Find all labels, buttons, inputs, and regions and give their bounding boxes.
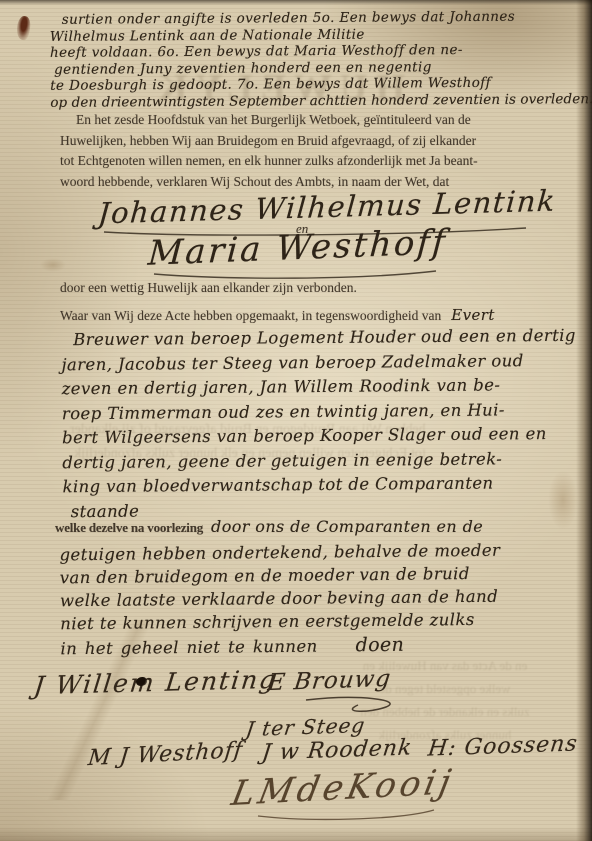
printed-line: Huwelijken, hebben Wij aan Bruidegom en … [60,133,560,154]
scanned-document-page: HUWELYK hebben Wij aan Bruidegom en Brui… [0,0,592,841]
printed-closing-lead: welke dezelve na voorlezing [55,520,203,535]
handwritten-line: in het geheel niet te kunnendoen [60,633,501,661]
handwritten-closing-start: door ons de Comparanten en de [211,517,483,536]
printed-line: En het zesde Hoofdstuk van het Burgerlij… [60,112,560,133]
handwritten-continuation-paragraph: surtien onder angifte is overleden 5o. E… [50,8,592,111]
signature-witness-brouwer: E Brouwg [266,666,392,696]
printed-witness-lead: Waar van Wij deze Acte hebben opgemaakt,… [60,308,441,323]
signature-witness-goossens: H: Goossens [427,731,580,761]
handwritten-fragment: kunnen [253,637,318,657]
printed-line: tot Echtgenoten willen nemen, en elk hun… [60,153,560,174]
handwritten-line: op den drieentwintigsten September achtt… [50,91,592,111]
printed-bond-statement: door een wettig Huwelijk aan elkander zi… [60,280,357,296]
signature-bride-mother: M J Westhoff [87,738,244,771]
signature-groom: J Willem Lenting [32,665,279,700]
handwritten-witnesses-paragraph: Breuwer van beroep Logement Houder oud e… [61,326,577,526]
bride-name: Maria Westhoff [147,222,449,274]
handwritten-closing-paragraph: getuigen hebben ondertekend, behalve de … [59,541,501,661]
witness-lead-line: Waar van Wij deze Acte hebben opgemaakt,… [60,306,495,324]
ink-stain [15,15,31,41]
printed-intro-paragraph: En het zesde Hoofdstuk van het Burgerlij… [60,112,560,194]
signature-schout-flourished: LMdeKooij [228,762,458,814]
signature-witness-roodenk: J w Roodenk [261,735,414,765]
handwritten-fragment: in het geheel niet te [60,637,245,658]
paper-stain [40,258,66,272]
handwritten-fragment: doen [355,634,404,657]
handwritten-first-witness-word: Evert [451,306,495,324]
closing-lead-line: welke dezelve na voorlezingdoor ons de C… [55,517,483,537]
